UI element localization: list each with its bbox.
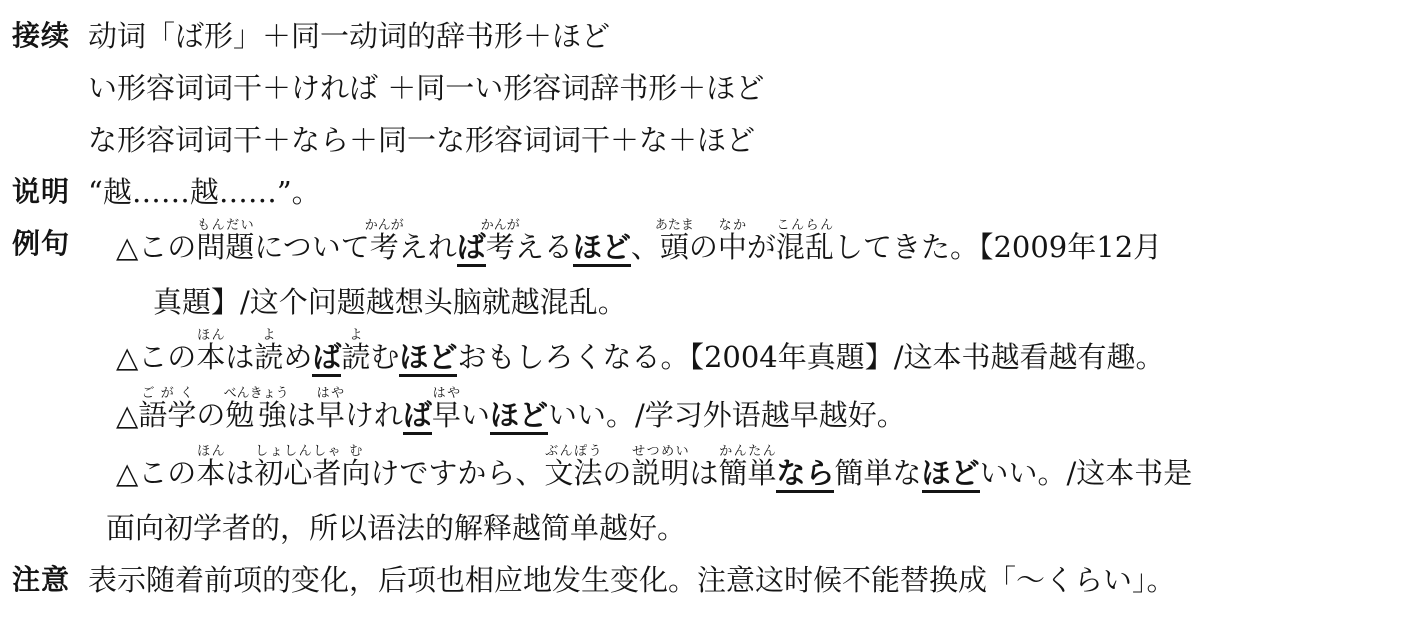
text-segment: おもしろくなる。【2004年真題】	[457, 340, 893, 374]
text-line: △語学ごがくの勉強べんきょうは早はやければ早はやいほどいい。/学习外语越早越好。	[88, 386, 1395, 444]
furigana-text: あたま	[655, 218, 694, 233]
section-zhuyi: 注意 表示随着前项的变化，后项也相应地发生变化。注意这时候不能替换成「～くらい」…	[12, 554, 1395, 606]
ruby-annotation: 考かんが	[486, 230, 515, 264]
text-segment: い	[461, 398, 490, 432]
text-line: △この本ほんは読よめば読よむほどおもしろくなる。【2004年真題】/这本书越看越…	[88, 328, 1395, 386]
ruby-annotation: 読よ	[254, 340, 283, 374]
ruby-annotation: 早はや	[432, 398, 461, 432]
text-segment: “越……越……”。	[88, 175, 321, 209]
furigana-text: もんだい	[196, 218, 254, 233]
text-segment: は	[689, 456, 718, 490]
furigana-text: かんが	[481, 218, 520, 233]
text-line: “越……越……”。	[88, 166, 1395, 218]
ruby-annotation: 考かんが	[370, 230, 399, 264]
text-line: △この本ほんは初心者しょしんしゃ向むけですから、文法ぶんぽうの説明せつめいは簡単…	[88, 444, 1395, 502]
text-line: な形容词词干＋なら＋同一な形容词词干＋な＋ほど	[88, 114, 1395, 166]
text-segment: △	[116, 398, 138, 432]
ruby-base: 本	[196, 456, 225, 490]
text-segment: えれ	[399, 230, 457, 264]
section-content-reiku: △この問題もんだいについて考かんがえれば考かんがえるほど、頭あたまの中なかが混乱…	[88, 218, 1395, 554]
text-line: 面向初学者的，所以语法的解释越简单越好。	[88, 502, 1395, 554]
text-segment: む	[370, 340, 399, 374]
ruby-base: 問題	[196, 230, 254, 264]
chinese-translation: /这本书是	[1067, 456, 1193, 490]
ruby-base: 初心者	[254, 456, 341, 490]
ruby-annotation: 勉強べんきょう	[225, 398, 287, 432]
ruby-annotation: 説明せつめい	[631, 456, 689, 490]
text-segment: してきた。【2009年12月	[834, 230, 1162, 264]
grammar-highlight: なら	[776, 456, 834, 493]
grammar-highlight: ば	[403, 398, 432, 435]
chinese-translation: 面向初学者的，所以语法的解释越简单越好。	[106, 511, 686, 545]
grammar-highlight: ば	[312, 340, 341, 377]
text-line: 表示随着前项的变化，后项也相应地发生变化。注意这时候不能替换成「～くらい」。	[88, 554, 1395, 606]
text-segment: 真題】	[153, 285, 240, 319]
text-segment: 动词「ば形」＋同一动词的辞书形＋ほど	[88, 19, 610, 53]
ruby-base: 説明	[631, 456, 689, 490]
ruby-annotation: 語学ごがく	[138, 398, 196, 432]
section-label-shuoming: 说明	[12, 166, 88, 218]
furigana-text: かんが	[365, 218, 404, 233]
ruby-base: 簡単	[718, 456, 776, 490]
text-segment: は	[287, 398, 316, 432]
furigana-text: む	[341, 444, 370, 459]
text-segment: の	[196, 398, 225, 432]
ruby-annotation: 文法ぶんぽう	[544, 456, 602, 490]
text-line: 真題】/这个问题越想头脑就越混乱。	[88, 276, 1395, 328]
furigana-text: よ	[254, 328, 283, 343]
ruby-base: 本	[196, 340, 225, 374]
ruby-base: 文法	[544, 456, 602, 490]
text-segment: め	[283, 340, 312, 374]
text-segment: 表示随着前项的变化，后项也相应地发生变化。注意这时候不能替换成「～くらい」。	[88, 563, 1176, 597]
ruby-base: 早	[432, 398, 461, 432]
grammar-highlight: ほど	[399, 340, 457, 377]
ruby-base: 早	[316, 398, 345, 432]
text-segment: は	[225, 456, 254, 490]
ruby-annotation: 初心者しょしんしゃ	[254, 456, 341, 490]
furigana-text: ほん	[196, 444, 225, 459]
ruby-base: 向	[341, 456, 370, 490]
text-segment: える	[515, 230, 573, 264]
furigana-text: よ	[341, 328, 370, 343]
text-segment: △この	[116, 230, 196, 264]
text-line: △この問題もんだいについて考かんがえれば考かんがえるほど、頭あたまの中なかが混乱…	[88, 218, 1395, 276]
section-content-setsuzoku: 动词「ば形」＋同一动词的辞书形＋ほどい形容词词干＋ければ ＋同一い形容词辞书形＋…	[88, 10, 1395, 166]
furigana-text: なか	[718, 218, 747, 233]
furigana-text: せつめい	[631, 444, 689, 459]
text-segment: の	[689, 230, 718, 264]
grammar-highlight: ほど	[490, 398, 548, 435]
ruby-annotation: 簡単かんたん	[718, 456, 776, 490]
ruby-annotation: 向む	[341, 456, 370, 490]
ruby-annotation: 中なか	[718, 230, 747, 264]
section-label-reiku: 例句	[12, 218, 88, 270]
section-content-zhuyi: 表示随着前项的变化，后项也相应地发生变化。注意这时候不能替换成「～くらい」。	[88, 554, 1395, 606]
ruby-base: 読	[254, 340, 283, 374]
furigana-text: ごがく	[138, 386, 196, 401]
furigana-text: こんらん	[776, 218, 834, 233]
section-reiku: 例句 △この問題もんだいについて考かんがえれば考かんがえるほど、頭あたまの中なか…	[12, 218, 1395, 554]
ruby-base: 勉強	[224, 398, 289, 432]
text-line: い形容词词干＋ければ ＋同一い形容词辞书形＋ほど	[88, 62, 1395, 114]
ruby-annotation: 読よ	[341, 340, 370, 374]
text-segment: △この	[116, 340, 196, 374]
ruby-annotation: 問題もんだい	[196, 230, 254, 264]
section-content-shuoming: “越……越……”。	[88, 166, 1395, 218]
grammar-highlight: ほど	[573, 230, 631, 267]
furigana-text: ほん	[196, 328, 225, 343]
grammar-highlight: ほど	[922, 456, 980, 493]
text-segment: は	[225, 340, 254, 374]
section-setsuzoku: 接续 动词「ば形」＋同一动词的辞书形＋ほどい形容词词干＋ければ ＋同一い形容词辞…	[12, 10, 1395, 166]
ruby-annotation: 混乱こんらん	[776, 230, 834, 264]
chinese-translation: /学习外语越早越好。	[635, 398, 906, 432]
text-segment: いい。	[980, 456, 1067, 490]
section-shuoming: 说明 “越……越……”。	[12, 166, 1395, 218]
ruby-base: 混乱	[776, 230, 834, 264]
furigana-text: はや	[432, 386, 461, 401]
textbook-page: 接续 动词「ば形」＋同一动词的辞书形＋ほどい形容词词干＋ければ ＋同一い形容词辞…	[0, 0, 1403, 617]
furigana-text: はや	[316, 386, 345, 401]
ruby-annotation: 早はや	[316, 398, 345, 432]
ruby-base: 読	[341, 340, 370, 374]
text-segment: 簡単な	[834, 456, 921, 490]
furigana-text: しょしんしゃ	[254, 444, 341, 459]
section-label-zhuyi: 注意	[12, 554, 88, 606]
text-segment: の	[602, 456, 631, 490]
ruby-annotation: 本ほん	[196, 340, 225, 374]
text-segment: い形容词词干＋ければ ＋同一い形容词辞书形＋ほど	[88, 71, 764, 105]
furigana-text: べんきょう	[224, 386, 289, 401]
text-segment: について	[254, 230, 369, 264]
text-segment: いい。	[548, 398, 635, 432]
furigana-text: ぶんぽう	[544, 444, 602, 459]
section-label-setsuzoku: 接续	[12, 10, 88, 62]
chinese-translation: /这个问题越想头脑就越混乱。	[240, 285, 627, 319]
text-line: 动词「ば形」＋同一动词的辞书形＋ほど	[88, 10, 1395, 62]
ruby-base: 中	[718, 230, 747, 264]
furigana-text: かんたん	[718, 444, 776, 459]
text-segment: けですから、	[370, 456, 544, 490]
text-segment: が	[747, 230, 776, 264]
ruby-annotation: 本ほん	[196, 456, 225, 490]
chinese-translation: /这本书越看越有趣。	[894, 340, 1165, 374]
ruby-base: 語学	[138, 398, 196, 432]
text-segment: な形容词词干＋なら＋同一な形容词词干＋な＋ほど	[88, 123, 755, 157]
text-segment: △この	[116, 456, 196, 490]
text-segment: けれ	[345, 398, 403, 432]
ruby-annotation: 頭あたま	[660, 230, 689, 264]
